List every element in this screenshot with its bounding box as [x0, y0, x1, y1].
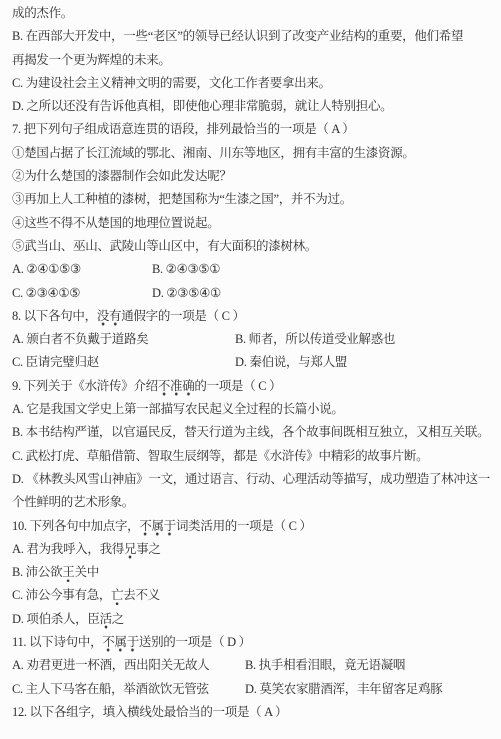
document-line: 11. 以下诗句中，不属于送别的一项是（ D ）: [12, 631, 493, 654]
option-row: C. 主人下马客在船，举酒欲饮无管弦D. 莫笑农家腊酒浑，丰年留客足鸡豚: [12, 678, 493, 701]
document-line: A. 君为我呼入，我得兄事之: [12, 538, 493, 561]
document-line: B. 本书结构严谨，以官逼民反，替天行道为主线，各个故事间既相互独立，又相互关联…: [12, 421, 493, 444]
line-text: 9. 下列关于《水浒传》介绍: [12, 379, 158, 393]
document-line: A. 它是我国文学史上第一部描写农民起义全过程的长篇小说。: [12, 398, 493, 421]
option-cell: C. 主人下马客在船，举酒欲饮无管弦: [12, 682, 209, 696]
document-line: 8. 以下各句中，没有通假字的一项是（ C ）: [12, 305, 493, 328]
option-cell: A. ②④①⑤③: [12, 262, 81, 276]
line-text: 再揭发一个更为辉煌的未来。: [12, 53, 171, 67]
line-text: 通假字的一项是（ C ）: [121, 309, 245, 323]
line-text: 的一项是（ C ）: [194, 379, 281, 393]
document-line: C. 沛公今事有急，亡去不义: [12, 584, 493, 607]
line-text: ⑤武当山、巫山、武陵山等山区中，有大面积的漆树林。: [12, 239, 317, 253]
document-line: C. 武松打虎、草船借箭、智取生辰纲等，都是《水浒传》中精彩的故事片断。: [12, 445, 493, 468]
line-text: A. 颁白者不负戴于道路矣: [12, 332, 148, 346]
document-line: B. 在西部大开发中，一些“老区”的领导已经认识到了改变产业结构的重要，他们希望: [12, 25, 493, 48]
line-text: 去不义: [123, 588, 160, 602]
line-text: 10. 下列各句中加点字，: [12, 519, 139, 533]
document-line: ④这些不得不从楚国的地理位置说起。: [12, 212, 493, 235]
line-text: D. 莫笑农家腊酒浑，丰年留客足鸡豚: [245, 682, 442, 696]
emphasized-text: 王: [62, 565, 74, 582]
document-line: 个性鲜明的艺术形象。: [12, 491, 493, 514]
line-text: B. 执手相看泪眼，竟无语凝咽: [245, 658, 405, 672]
option-row: A. 颁白者不负戴于道路矣B. 师者，所以传道受业解惑也: [12, 328, 493, 351]
line-text: A. 君为我呼入，我得: [12, 542, 124, 556]
line-text: ④这些不得不从楚国的地理位置说起。: [12, 216, 219, 230]
line-text: C. 臣请完璧归赵: [12, 355, 99, 369]
emphasized-text: 兄: [124, 542, 136, 559]
document-line: C. 为建设社会主义精神文明的需要，文化工作者要拿出来。: [12, 72, 493, 95]
document-line: ②为什么楚国的漆器制作会如此发达呢？: [12, 165, 493, 188]
line-text: B. 在西部大开发中，一些“老区”的领导已经认识到了改变产业结构的重要，他们希望: [12, 29, 463, 43]
document-line: D. 《林教头风雪山神庙》一文，通过语言、行动、心理活动等描写，成功塑造了林冲这…: [12, 468, 493, 491]
line-text: 8. 以下各句中，: [12, 309, 97, 323]
emphasized-text: 不属于: [102, 635, 139, 652]
option-cell: A. 颁白者不负戴于道路矣: [12, 332, 148, 346]
document-body: 成的杰作。B. 在西部大开发中，一些“老区”的领导已经认识到了改变产业结构的重要…: [12, 2, 493, 724]
line-text: A. ②④①⑤③: [12, 262, 81, 276]
document-line: 7. 把下列句子组成语意连贯的语段，排列最恰当的一项是（ A ）: [12, 118, 493, 141]
line-text: 7. 把下列句子组成语意连贯的语段，排列最恰当的一项是（ A ）: [12, 122, 355, 136]
option-cell: C. ②③④①⑤: [12, 286, 80, 300]
line-text: 12. 以下各组字，填入横线处最恰当的一项是（ A ）: [12, 705, 287, 719]
document-line: 成的杰作。: [12, 2, 493, 25]
line-text: 送别的一项是（ D ）: [139, 635, 251, 649]
option-row: C. ②③④①⑤D. ②③⑤④①: [12, 282, 493, 305]
document-line: 9. 下列关于《水浒传》介绍不准确的一项是（ C ）: [12, 375, 493, 398]
option-row: C. 臣请完璧归赵D. 秦伯说，与郑人盟: [12, 351, 493, 374]
line-text: 之: [112, 612, 124, 626]
line-text: 成的杰作。: [12, 6, 73, 20]
line-text: A. 劝君更进一杯酒，西出阳关无故人: [12, 658, 209, 672]
line-text: ②为什么楚国的漆器制作会如此发达呢？: [12, 169, 232, 183]
line-text: D. 《林教头风雪山神庙》一文，通过语言、行动、心理活动等描写，成功塑造了林冲这…: [12, 472, 490, 486]
line-text: ③再加上人工种植的漆树，把楚国称为“生漆之国”，并不为过。: [12, 192, 352, 206]
option-cell: B. 师者，所以传道受业解惑也: [235, 328, 395, 351]
option-row: A. 劝君更进一杯酒，西出阳关无故人B. 执手相看泪眼，竟无语凝咽: [12, 654, 493, 677]
document-line: ③再加上人工种植的漆树，把楚国称为“生漆之国”，并不为过。: [12, 188, 493, 211]
document-line: ⑤武当山、巫山、武陵山等山区中，有大面积的漆树林。: [12, 235, 493, 258]
emphasized-text: 活: [100, 612, 112, 629]
line-text: B. 师者，所以传道受业解惑也: [235, 332, 395, 346]
emphasized-text: 不准确: [158, 379, 195, 396]
option-cell: B. ②④③⑤①: [152, 258, 220, 281]
line-text: A. 它是我国文学史上第一部描写农民起义全过程的长篇小说。: [12, 402, 344, 416]
line-text: 关中: [75, 565, 99, 579]
document-line: B. 沛公欲王关中: [12, 561, 493, 584]
line-text: C. ②③④①⑤: [12, 286, 80, 300]
line-text: C. 为建设社会主义精神文明的需要，文化工作者要拿出来。: [12, 76, 331, 90]
document-line: ①楚国占据了长江流域的鄂北、湘南、川东等地区，拥有丰富的生漆资源。: [12, 142, 493, 165]
line-text: 事之: [136, 542, 160, 556]
line-text: D. ②③⑤④①: [152, 286, 221, 300]
option-cell: D. 莫笑农家腊酒浑，丰年留客足鸡豚: [245, 678, 442, 701]
line-text: C. 武松打虎、草船借箭、智取生辰纲等，都是《水浒传》中精彩的故事片断。: [12, 449, 428, 463]
line-text: C. 主人下马客在船，举酒欲饮无管弦: [12, 682, 209, 696]
line-text: 词类活用的一项是（ C ）: [176, 519, 312, 533]
document-line: 10. 下列各句中加点字，不属于词类活用的一项是（ C ）: [12, 515, 493, 538]
line-text: B. 本书结构严谨，以官逼民反，替天行道为主线，各个故事间既相互独立，又相互关联…: [12, 425, 489, 439]
line-text: 11. 以下诗句中，: [12, 635, 102, 649]
line-text: B. ②④③⑤①: [152, 262, 220, 276]
line-text: D. 项伯杀人，臣: [12, 612, 100, 626]
option-cell: B. 执手相看泪眼，竟无语凝咽: [245, 654, 405, 677]
emphasized-text: 没有: [97, 309, 121, 326]
emphasized-text: 亡: [111, 588, 123, 605]
emphasized-text: 不属于: [139, 519, 176, 536]
exam-document-page: 成的杰作。B. 在西部大开发中，一些“老区”的领导已经认识到了改变产业结构的重要…: [0, 0, 501, 739]
option-cell: A. 劝君更进一杯酒，西出阳关无故人: [12, 658, 209, 672]
line-text: C. 沛公今事有急，: [12, 588, 111, 602]
document-line: 再揭发一个更为辉煌的未来。: [12, 49, 493, 72]
option-cell: D. 秦伯说，与郑人盟: [235, 351, 347, 374]
line-text: D. 之所以还没有告诉他真相，即使他心理非常脆弱，就让人特别担心。: [12, 99, 392, 113]
option-row: A. ②④①⑤③B. ②④③⑤①: [12, 258, 493, 281]
option-cell: D. ②③⑤④①: [152, 282, 221, 305]
line-text: B. 沛公欲: [12, 565, 62, 579]
line-text: D. 秦伯说，与郑人盟: [235, 355, 347, 369]
document-line: D. 项伯杀人，臣活之: [12, 608, 493, 631]
document-line: D. 之所以还没有告诉他真相，即使他心理非常脆弱，就让人特别担心。: [12, 95, 493, 118]
line-text: ①楚国占据了长江流域的鄂北、湘南、川东等地区，拥有丰富的生漆资源。: [12, 146, 415, 160]
option-cell: C. 臣请完璧归赵: [12, 355, 99, 369]
document-line: 12. 以下各组字，填入横线处最恰当的一项是（ A ）: [12, 701, 493, 724]
line-text: 个性鲜明的艺术形象。: [12, 495, 134, 509]
